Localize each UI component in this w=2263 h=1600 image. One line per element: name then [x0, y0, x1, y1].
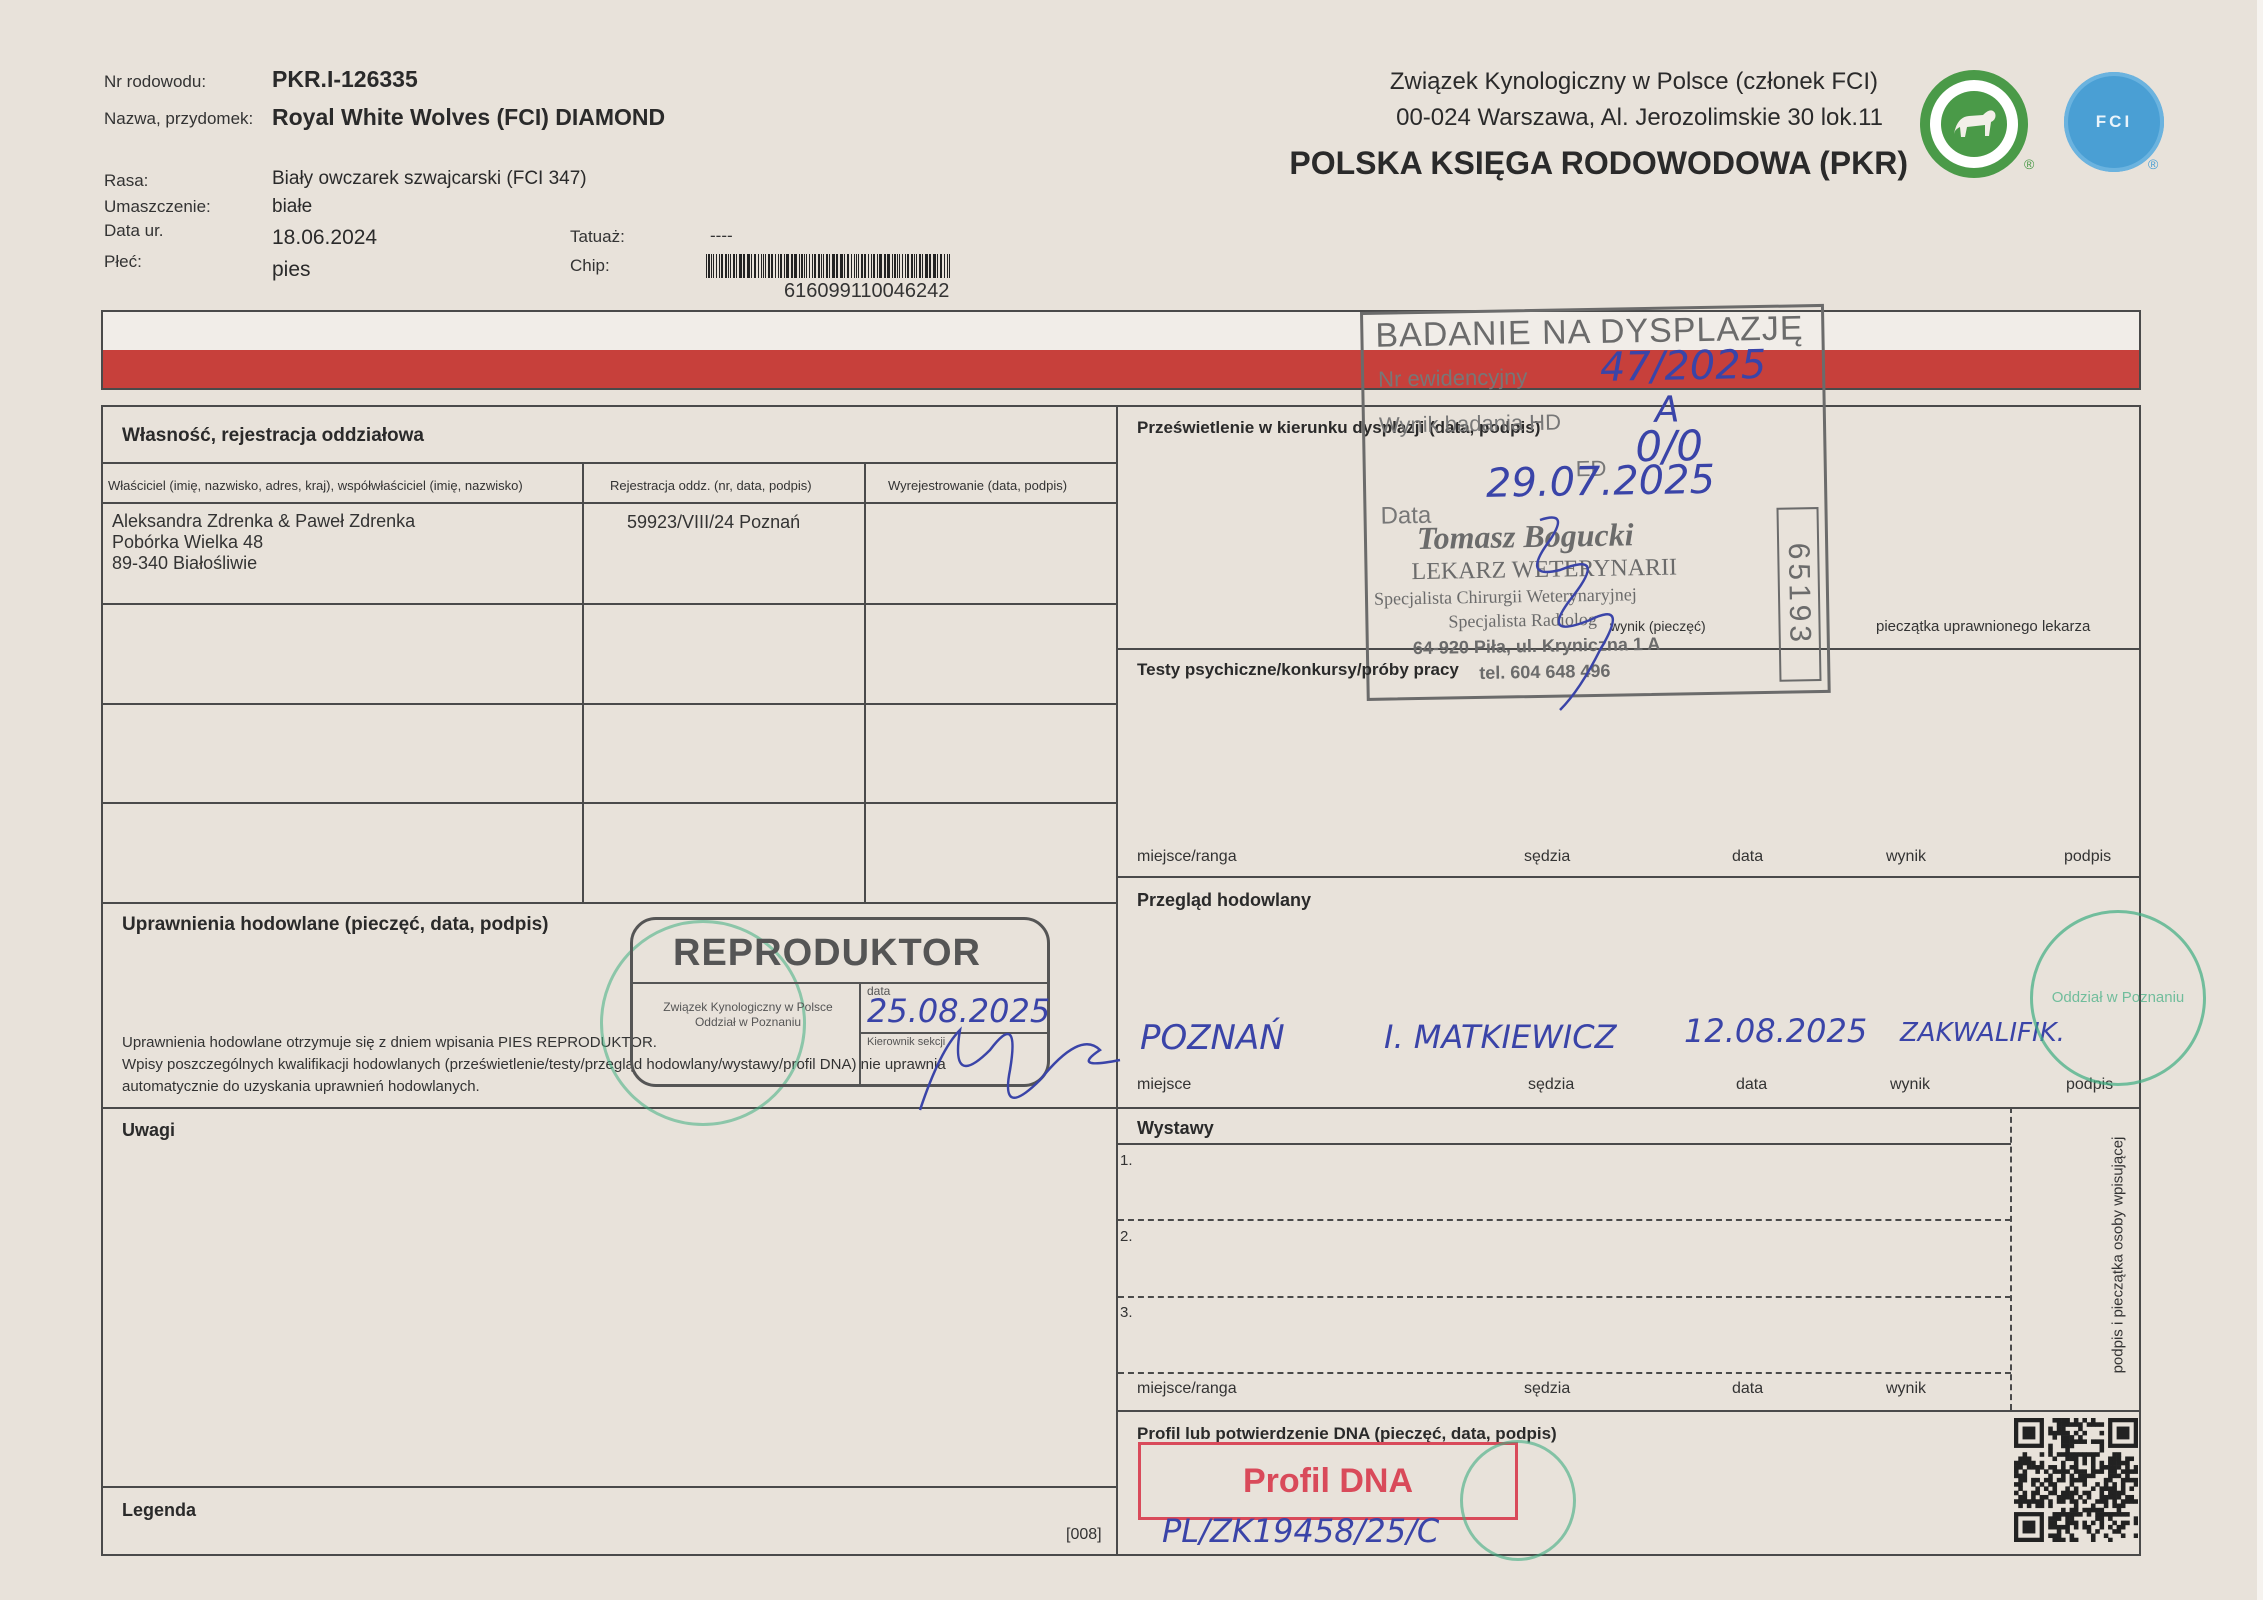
dna-number: PL/ZK19458/25/C [1162, 1512, 1439, 1550]
dna-title: Profil lub potwierdzenie DNA (pieczęć, d… [1137, 1424, 1557, 1444]
fci-logo-text: FCI [2096, 112, 2132, 132]
qr-code [2014, 1418, 2138, 1542]
breeding-rights-title: Uprawnienia hodowlane (pieczęć, data, po… [122, 914, 549, 936]
stamp-org-line1: Związek Kynologiczny w Polsce [643, 1000, 853, 1015]
review-footer-date: data [1736, 1076, 1767, 1094]
center-divider [1116, 405, 1118, 1556]
shows-dash-line [1118, 1296, 2011, 1298]
registered-mark-fci: ® [2148, 156, 2158, 172]
org-name: Związek Kynologiczny w Polsce (członek F… [1390, 68, 1878, 96]
owner-names: Aleksandra Zdrenka & Paweł Zdrenka [112, 511, 415, 532]
ownership-bottom-line [101, 902, 1117, 904]
owner-city: 89-340 Białośliwie [112, 553, 415, 574]
tests-footer-date: data [1732, 848, 1763, 866]
review-judge: I. MATKIEWICZ [1384, 1018, 1616, 1056]
breeding-signature [900, 990, 1140, 1130]
shows-dash-divider [2010, 1107, 2012, 1410]
chip-barcode [706, 254, 1051, 278]
review-footer-place: miejsce [1137, 1076, 1191, 1094]
legend-code: [008] [1066, 1526, 1102, 1544]
vet-number: 65193 [1781, 542, 1817, 646]
shows-footer-result: wynik [1886, 1380, 1926, 1398]
name-label: Nazwa, przydomek: [104, 109, 253, 129]
tattoo-label: Tatuaż: [570, 227, 625, 247]
tests-footer-signature: podpis [2064, 848, 2111, 866]
show-item-1: 1. [1120, 1152, 1133, 1169]
breed-label: Rasa: [104, 171, 148, 191]
shows-side-caption: podpis i pieczątka osoby wpisującej [2110, 1137, 2127, 1374]
review-date: 12.08.2025 [1684, 1012, 1867, 1050]
shows-title: Wystawy [1137, 1118, 1214, 1139]
vet-signature [1480, 500, 1660, 720]
pedigree-no-label: Nr rodowodu: [104, 72, 206, 92]
dna-green-seal [1460, 1440, 1576, 1561]
pedigree-no: PKR.I-126335 [272, 66, 418, 93]
sex: pies [272, 258, 311, 282]
vet-stamp-caption: pieczątka uprawnionego lekarza [1876, 618, 2090, 635]
main-table [101, 405, 2141, 1556]
registry-title: POLSKA KSIĘGA RODOWODOWA (PKR) [1289, 145, 1908, 182]
shows-title-line [1116, 1143, 2011, 1145]
ownership-title: Własność, rejestracja oddziałowa [122, 425, 424, 447]
ownership-row-line [101, 802, 1117, 804]
review-footer-judge: sędzia [1528, 1076, 1574, 1094]
show-item-2: 2. [1120, 1228, 1133, 1245]
hd-label: Wynik badania HD [1379, 410, 1561, 439]
reproduktor-heading: REPRODUKTOR [673, 932, 981, 975]
flag-red-band [103, 350, 2139, 388]
shows-footer-date: data [1732, 1380, 1763, 1398]
tests-footer-judge: sędzia [1524, 848, 1570, 866]
registered-mark: ® [2024, 156, 2034, 172]
ownership-col-divider [582, 462, 584, 902]
dna-stamp-text: Profil DNA [1243, 1462, 1413, 1501]
dog-icon [1939, 89, 2009, 159]
review-footer-result: wynik [1890, 1076, 1930, 1094]
flag-stripe [101, 310, 2141, 390]
review-title: Przegląd hodowlany [1137, 890, 1311, 911]
vet-number-box: 65193 [1776, 507, 1821, 682]
legend-title: Legenda [122, 1500, 196, 1521]
shows-dash-line [1118, 1372, 2011, 1374]
registration-cell: 59923/VIII/24 Poznań [627, 512, 800, 533]
ownership-title-line [101, 462, 1117, 464]
ownership-col-registration: Rejestracja oddz. (nr, data, podpis) [610, 478, 812, 493]
remarks-bottom-line [101, 1486, 1117, 1488]
remarks-title: Uwagi [122, 1120, 175, 1141]
dog-name: Royal White Wolves (FCI) DIAMOND [272, 104, 665, 131]
tests-bottom-line [1116, 876, 2141, 878]
tests-footer-result: wynik [1886, 848, 1926, 866]
breed: Biały owczarek szwajcarski (FCI 347) [272, 168, 587, 190]
owner-cell: Aleksandra Zdrenka & Paweł Zdrenka Pobór… [112, 511, 415, 574]
show-item-3: 3. [1120, 1304, 1133, 1321]
shows-footer-place: miejsce/ranga [1137, 1380, 1237, 1398]
color-label: Umaszczenie: [104, 197, 211, 217]
zkwp-logo [1920, 70, 2028, 178]
ownership-col-owner: Właściciel (imię, nazwisko, adres, kraj)… [108, 478, 523, 493]
stamp-divider [633, 982, 1047, 984]
tests-footer-place: miejsce/ranga [1137, 848, 1237, 866]
ownership-row-line [101, 703, 1117, 705]
branch-seal-text: Oddział w Poznaniu [2052, 989, 2185, 1007]
dob-label: Data ur. [104, 221, 164, 241]
record-no-value: 47/2025 [1600, 342, 1767, 391]
ownership-row-line [101, 603, 1117, 605]
coat-color: białe [272, 196, 312, 218]
shows-footer-judge: sędzia [1524, 1380, 1570, 1398]
sex-label: Płeć: [104, 252, 142, 272]
stamp-org-line2: Oddział w Poznaniu [643, 1015, 853, 1030]
org-address: 00-024 Warszawa, Al. Jerozolimskie 30 lo… [1396, 104, 1883, 132]
owner-street: Pobórka Wielka 48 [112, 532, 415, 553]
paper-edge [2257, 0, 2263, 1600]
branch-seal-stamp: Oddział w Poznaniu [2030, 910, 2206, 1086]
shows-dash-line [1118, 1219, 2011, 1221]
date-of-birth: 18.06.2024 [272, 226, 377, 250]
tattoo-value: ---- [710, 226, 733, 246]
stamp-org: Związek Kynologiczny w Polsce Oddział w … [643, 1000, 853, 1030]
ownership-col-deregistration: Wyrejestrowanie (data, podpis) [888, 478, 1067, 493]
chip-label: Chip: [570, 256, 610, 276]
review-bottom-line [1116, 1107, 2141, 1109]
tests-title: Testy psychiczne/konkursy/próby pracy [1137, 660, 1459, 680]
shows-bottom-line [1116, 1410, 2141, 1412]
record-no-label: Nr ewidencyjny [1378, 364, 1528, 393]
chip-number: 616099110046242 [784, 280, 949, 303]
ownership-col-divider [864, 462, 866, 902]
ownership-header-line [101, 502, 1117, 504]
review-place: POZNAŃ [1140, 1018, 1285, 1058]
